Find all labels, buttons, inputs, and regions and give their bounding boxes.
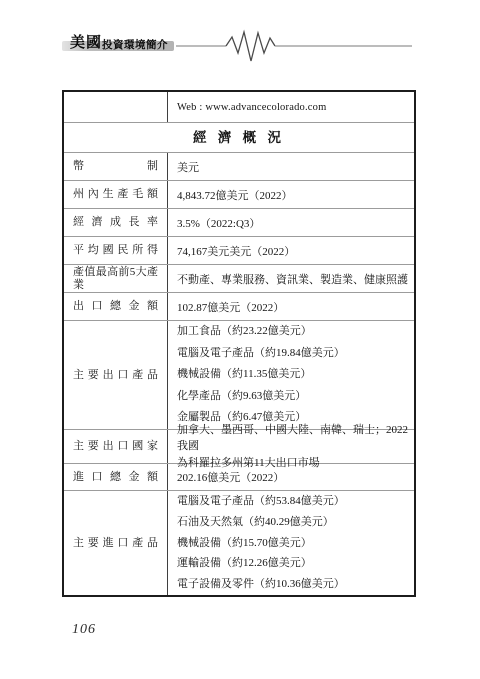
table-row-export-countries: 主 要 出 口 國 家 加拿大、墨西哥、中國大陸、南韓、瑞士；2022我國 為科… (64, 429, 414, 463)
row-label: 進 口 總 金 額 (64, 471, 167, 484)
row-value: 4,843.72億美元（2022） (177, 187, 410, 203)
row-value: 美元 (177, 159, 410, 175)
page-number: 106 (72, 622, 96, 638)
table-row-top-industries: 產值最高前5大產業 不動產、專業服務、資訊業、製造業、健康照護 (64, 264, 414, 292)
row-value-line: 石油及天然氣（約40.29億美元） (177, 512, 410, 533)
row-value-line: 化學產品（約9.63億美元） (177, 386, 410, 408)
brand-title-sub: 投資環境簡介 (102, 37, 168, 53)
row-label: 產值最高前5大產業 (64, 266, 167, 292)
table-row-gdp: 州 內 生 產 毛 額 4,843.72億美元（2022） (64, 180, 414, 208)
section-title-row: 經 濟 概 況 (64, 122, 414, 152)
row-label: 平 均 國 民 所 得 (64, 244, 167, 257)
row-value: 202.16億美元（2022） (177, 469, 410, 485)
row-label: 主 要 出 口 國 家 (64, 440, 167, 453)
row-label: 主 要 出 口 產 品 (64, 369, 167, 382)
row-value: 不動產、專業服務、資訊業、製造業、健康照護 (177, 271, 410, 287)
row-value-line: 機械設備（約11.35億美元） (177, 364, 410, 386)
row-value-line: 電腦及電子產品（約19.84億美元） (177, 343, 410, 365)
row-value-line: 機械設備（約15.70億美元） (177, 533, 410, 554)
table-row-main-imports: 主 要 進 口 產 品 電腦及電子產品（約53.84億美元） 石油及天然氣（約4… (64, 490, 414, 595)
table-row-export-total: 出 口 總 金 額 102.87億美元（2022） (64, 292, 414, 320)
table-row-main-exports: 主 要 出 口 產 品 加工食品（約23.22億美元） 電腦及電子產品（約19.… (64, 320, 414, 429)
row-label: 出 口 總 金 額 (64, 300, 167, 313)
table-row-growth-rate: 經 濟 成 長 率 3.5%（2022:Q3） (64, 208, 414, 236)
row-value-line: 運輸設備（約12.26億美元） (177, 553, 410, 574)
row-value-line: 加拿大、墨西哥、中國大陸、南韓、瑞士；2022我國 (177, 422, 410, 455)
document-page: { "header": { "brand_main": "美國", "brand… (0, 0, 480, 679)
row-value-line: 電子設備及零件（約10.36億美元） (177, 574, 410, 595)
web-row-empty-label (64, 92, 168, 122)
row-value: 3.5%（2022:Q3） (177, 215, 410, 231)
row-label: 幣 制 (64, 160, 167, 173)
page-title: 美國投資環境簡介 (70, 31, 168, 53)
row-label: 州 內 生 產 毛 額 (64, 188, 167, 201)
row-value: 74,167美元美元（2022） (177, 243, 410, 259)
section-title: 經 濟 概 況 (193, 130, 285, 145)
row-label: 主 要 進 口 產 品 (64, 537, 167, 550)
row-label: 經 濟 成 長 率 (64, 216, 167, 229)
economic-overview-table: Web : www.advancecolorado.com 經 濟 概 況 幣 … (62, 90, 416, 597)
table-row-web: Web : www.advancecolorado.com (64, 92, 414, 122)
row-value-line: 電腦及電子產品（約53.84億美元） (177, 491, 410, 512)
table-row-import-total: 進 口 總 金 額 202.16億美元（2022） (64, 463, 414, 490)
table-row-income: 平 均 國 民 所 得 74,167美元美元（2022） (64, 236, 414, 264)
row-value-line: 加工食品（約23.22億美元） (177, 321, 410, 343)
brand-title-main: 美國 (70, 33, 102, 53)
heartbeat-line-icon (176, 28, 412, 64)
table-row-currency: 幣 制 美元 (64, 152, 414, 180)
row-value: 102.87億美元（2022） (177, 299, 410, 315)
web-url: Web : www.advancecolorado.com (168, 92, 414, 122)
